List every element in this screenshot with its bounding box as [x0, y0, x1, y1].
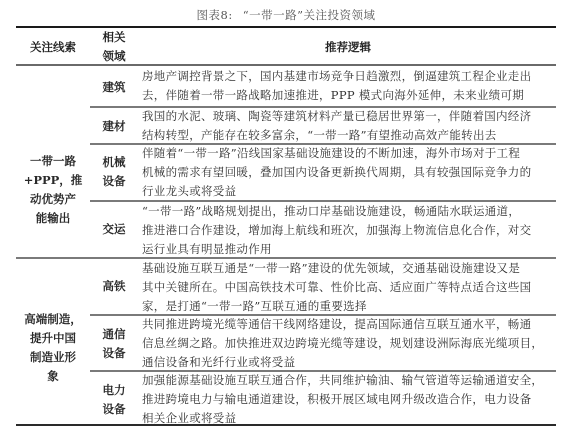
- logic-line: “一带一路”战略规划提出，推动口岸基础设施建设，畅通陆水联运通道，: [142, 202, 554, 221]
- header-field-line: 相关: [92, 28, 136, 47]
- logic-line: 推进港口合作建设，增加海上航线和班次，加强海上物流信息化合作，对交: [142, 221, 554, 240]
- logic-transport: “一带一路”战略规划提出，推动口岸基础设施建设，畅通陆水联运通道， 推进港口合作…: [142, 202, 554, 259]
- field-telecom-equipment: 通信 设备: [92, 325, 136, 363]
- header-field: 相关 领域: [92, 28, 136, 66]
- field-line: 设备: [92, 400, 136, 419]
- logic-high-speed-rail: 基础设施互联互通是“一带一路”建设的优先领域，交通基础设施建设又是 其中关键所在…: [142, 259, 554, 316]
- focus-line: +PPP，推: [16, 171, 90, 190]
- field-line: 机械: [92, 153, 136, 172]
- logic-line: 去，伴随着一带一路战略加速推进，PPP 模式向海外延伸，未来业绩可期: [142, 86, 554, 105]
- focus-line: 能输出: [16, 209, 90, 228]
- logic-line: 房地产调控背景之下，国内基建市场竞争日趋激烈，倒逼建筑工程企业走出: [142, 67, 554, 86]
- logic-line: 信息丝绸之路。加快推进双边跨境光缆等建设，规划建设洲际海底光缆项目，: [142, 334, 554, 353]
- logic-line: 其中关键所在。中国高铁技术可靠、性价比高、适应面广等特点适合这些国: [142, 278, 554, 297]
- field-transport: 交运: [92, 220, 136, 239]
- logic-construction: 房地产调控背景之下，国内基建市场竞争日趋激烈，倒逼建筑工程企业走出 去，伴随着一…: [142, 67, 554, 105]
- field-machinery: 机械 设备: [92, 153, 136, 191]
- logic-line: 加强能源基础设施互联互通合作，共同维护输油、输气管道等运输通道安全，: [142, 371, 554, 390]
- field-high-speed-rail: 高铁: [92, 277, 136, 296]
- focus-cell-high-end-manufacturing: 高端制造， 提升中国 制造业形 象: [16, 310, 90, 386]
- field-building-materials: 建材: [92, 117, 136, 136]
- focus-cell-belt-road-ppp: 一带一路 +PPP，推 动优势产 能输出: [16, 152, 90, 228]
- field-line: 电力: [92, 381, 136, 400]
- field-line: 通信: [92, 325, 136, 344]
- logic-line: 行业龙头或将受益: [142, 182, 554, 201]
- logic-telecom-equipment: 共同推进跨境光缆等通信干线网络建设，提高国际通信互联互通水平，畅通 信息丝绸之路…: [142, 315, 554, 372]
- logic-line: 我国的水泥、玻璃、陶瓷等建筑材料产量已稳居世界第一，伴随着国内经济: [142, 107, 554, 126]
- field-line: 设备: [92, 344, 136, 363]
- logic-building-materials: 我国的水泥、玻璃、陶瓷等建筑材料产量已稳居世界第一，伴随着国内经济 结构转型，产…: [142, 107, 554, 145]
- focus-line: 一带一路: [16, 152, 90, 171]
- header-logic: 推荐逻辑: [142, 38, 554, 57]
- logic-line: 推进跨境电力与输电通道建设，积极开展区域电网升级改造合作，电力设备: [142, 390, 554, 409]
- focus-line: 动优势产: [16, 190, 90, 209]
- field-line: 设备: [92, 172, 136, 191]
- figure-title: “一带一路”关注投资领域: [243, 8, 376, 22]
- header-focus: 关注线索: [16, 38, 90, 57]
- header-rule: [16, 64, 556, 66]
- field-construction: 建筑: [92, 78, 136, 97]
- table-bottom-rule: [16, 424, 556, 426]
- focus-line: 制造业形: [16, 348, 90, 367]
- focus-line: 象: [16, 367, 90, 386]
- logic-line: 伴随着“一带一路”沿线国家基础设施建设的不断加速，海外市场对于工程: [142, 144, 554, 163]
- logic-machinery: 伴随着“一带一路”沿线国家基础设施建设的不断加速，海外市场对于工程 机械的需求有…: [142, 144, 554, 201]
- logic-power-equipment: 加强能源基础设施互联互通合作，共同维护输油、输气管道等运输通道安全， 推进跨境电…: [142, 371, 554, 428]
- focus-line: 高端制造，: [16, 310, 90, 329]
- figure-caption: 图表8:“一带一路”关注投资领域: [0, 7, 572, 23]
- logic-line: 基础设施互联互通是“一带一路”建设的优先领域，交通基础设施建设又是: [142, 259, 554, 278]
- focus-line: 提升中国: [16, 329, 90, 348]
- logic-line: 机械的需求有望回暖，叠加国内设备更新换代周期，具有较强国际竞争力的: [142, 163, 554, 182]
- figure-number: 图表8:: [197, 8, 233, 22]
- field-power-equipment: 电力 设备: [92, 381, 136, 419]
- logic-line: 共同推进跨境光缆等通信干线网络建设，提高国际通信互联互通水平，畅通: [142, 315, 554, 334]
